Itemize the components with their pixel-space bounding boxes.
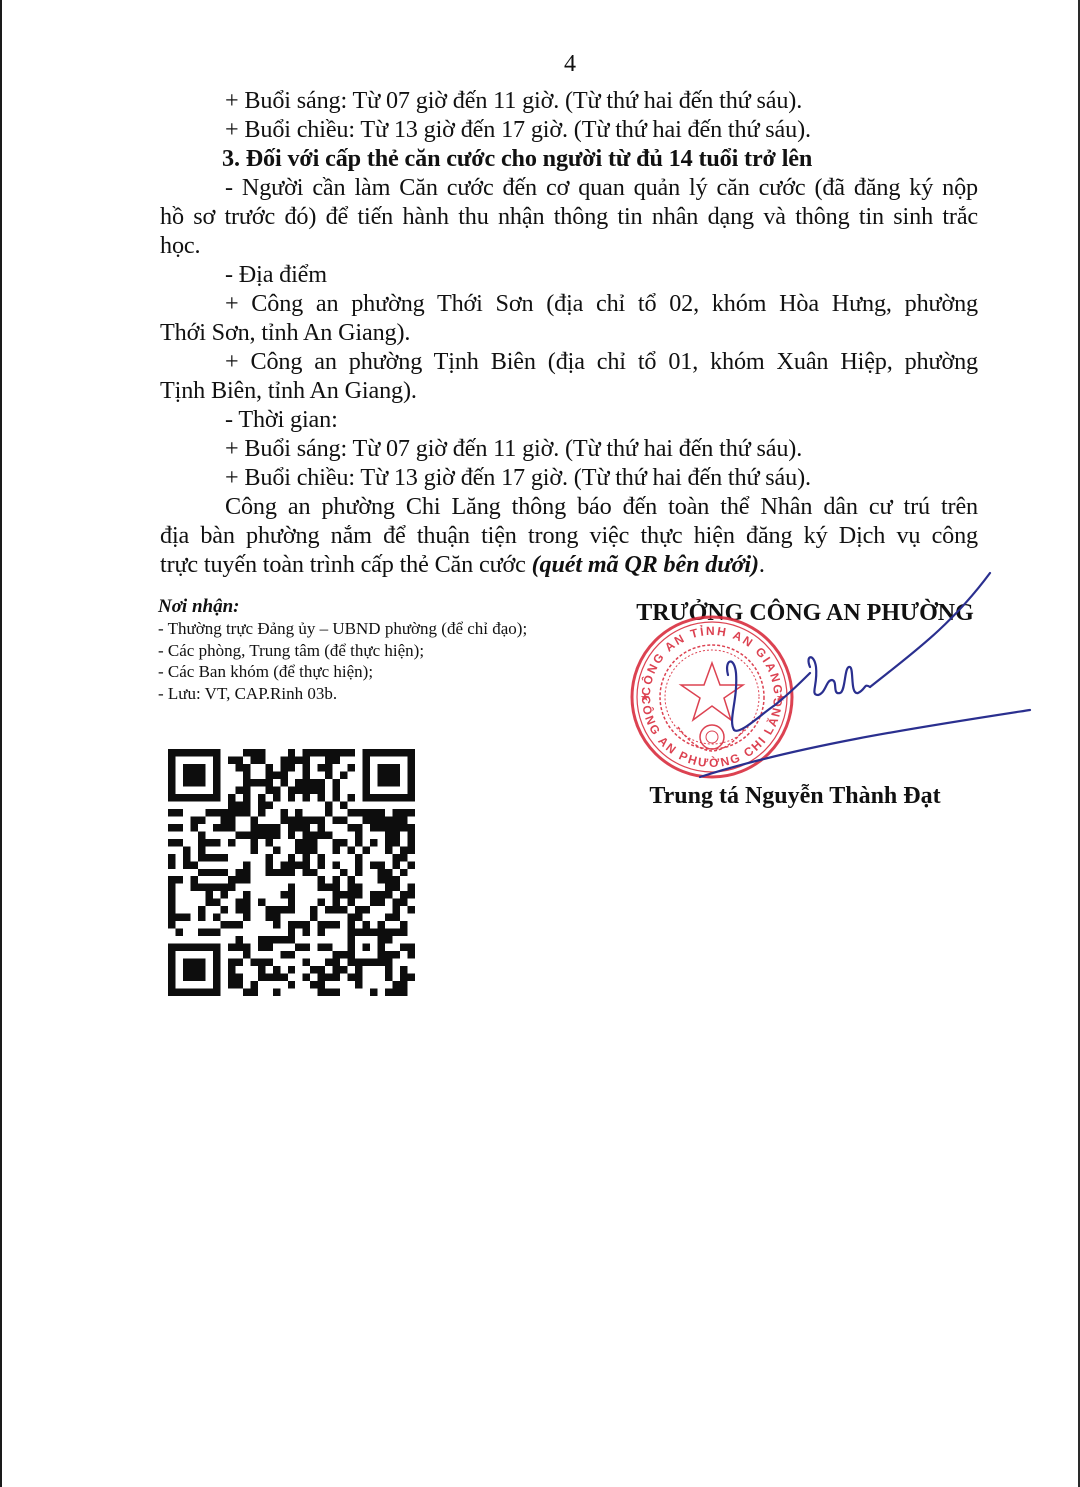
recipient-item: - Các Ban khóm (để thực hiện); bbox=[158, 661, 618, 683]
morning-hours-line: + Buổi sáng: Từ 07 giờ đến 11 giờ. (Từ t… bbox=[160, 86, 978, 115]
section-3-heading: 3. Đối với cấp thẻ căn cước cho người từ… bbox=[160, 144, 978, 173]
stamp-and-signature: CÔNG AN TỈNH AN GIANG CÔNG AN PHƯỜNG CHI… bbox=[600, 555, 1080, 815]
recipients-heading: Nơi nhận: bbox=[158, 596, 618, 618]
page-number: 4 bbox=[0, 50, 1080, 79]
svg-text:CÔNG AN TỈNH AN GIANG: CÔNG AN TỈNH AN GIANG bbox=[639, 623, 785, 696]
page-edge-left bbox=[0, 0, 2, 1487]
paragraph-line: hồ sơ trước đó) để tiến hành thu nhận th… bbox=[160, 202, 978, 231]
afternoon-hours-line: + Buổi chiều: Từ 13 giờ đến 17 giờ. (Từ … bbox=[160, 463, 978, 492]
recipient-item: - Thường trực Đảng ủy – UBND phường (để … bbox=[158, 618, 618, 640]
recipient-item: - Các phòng, Trung tâm (để thực hiện); bbox=[158, 640, 618, 662]
closing-text: trực tuyến toàn trình cấp thẻ Căn cước bbox=[160, 551, 532, 578]
closing-paragraph-line: trực tuyến toàn trình cấp thẻ Căn cước (… bbox=[160, 550, 978, 579]
paragraph-line: - Người cần làm Căn cước đến cơ quan quả… bbox=[160, 173, 978, 202]
afternoon-hours-line: + Buổi chiều: Từ 13 giờ đến 17 giờ. (Từ … bbox=[160, 115, 978, 144]
signer-name: Trung tá Nguyễn Thành Đạt bbox=[600, 781, 990, 811]
location-item: Thới Sơn, tỉnh An Giang). bbox=[160, 318, 978, 347]
location-item: + Công an phường Tịnh Biên (địa chỉ tổ 0… bbox=[160, 347, 978, 376]
time-label: - Thời gian: bbox=[160, 405, 978, 434]
location-item: Tịnh Biên, tỉnh An Giang). bbox=[160, 376, 978, 405]
document-body: + Buổi sáng: Từ 07 giờ đến 11 giờ. (Từ t… bbox=[160, 86, 978, 579]
morning-hours-line: + Buổi sáng: Từ 07 giờ đến 11 giờ. (Từ t… bbox=[160, 434, 978, 463]
paragraph-line: học. bbox=[160, 231, 978, 260]
recipient-item: - Lưu: VT, CAP.Rinh 03b. bbox=[158, 683, 618, 705]
signature-title: TRƯỞNG CÔNG AN PHƯỜNG bbox=[600, 598, 1010, 628]
svg-text:CÔNG AN PHƯỜNG CHI LĂNG: CÔNG AN PHƯỜNG CHI LĂNG bbox=[639, 695, 785, 770]
svg-text:★: ★ bbox=[640, 691, 650, 704]
signature-block: TRƯỞNG CÔNG AN PHƯỜNG bbox=[600, 598, 1010, 628]
closing-paragraph-line: Công an phường Chi Lăng thông báo đến to… bbox=[160, 492, 978, 521]
location-item: + Công an phường Thới Sơn (địa chỉ tổ 02… bbox=[160, 289, 978, 318]
official-stamp-icon: CÔNG AN TỈNH AN GIANG CÔNG AN PHƯỜNG CHI… bbox=[632, 617, 792, 777]
location-label: - Địa điểm bbox=[160, 260, 978, 289]
closing-paragraph-line: địa bàn phường nắm để thuận tiện trong v… bbox=[160, 521, 978, 550]
recipients-block: Nơi nhận: - Thường trực Đảng ủy – UBND p… bbox=[158, 596, 618, 704]
qr-code-icon[interactable] bbox=[168, 749, 415, 996]
closing-period: . bbox=[759, 551, 765, 578]
qr-instruction: (quét mã QR bên dưới) bbox=[532, 551, 759, 578]
svg-text:★: ★ bbox=[776, 691, 786, 704]
